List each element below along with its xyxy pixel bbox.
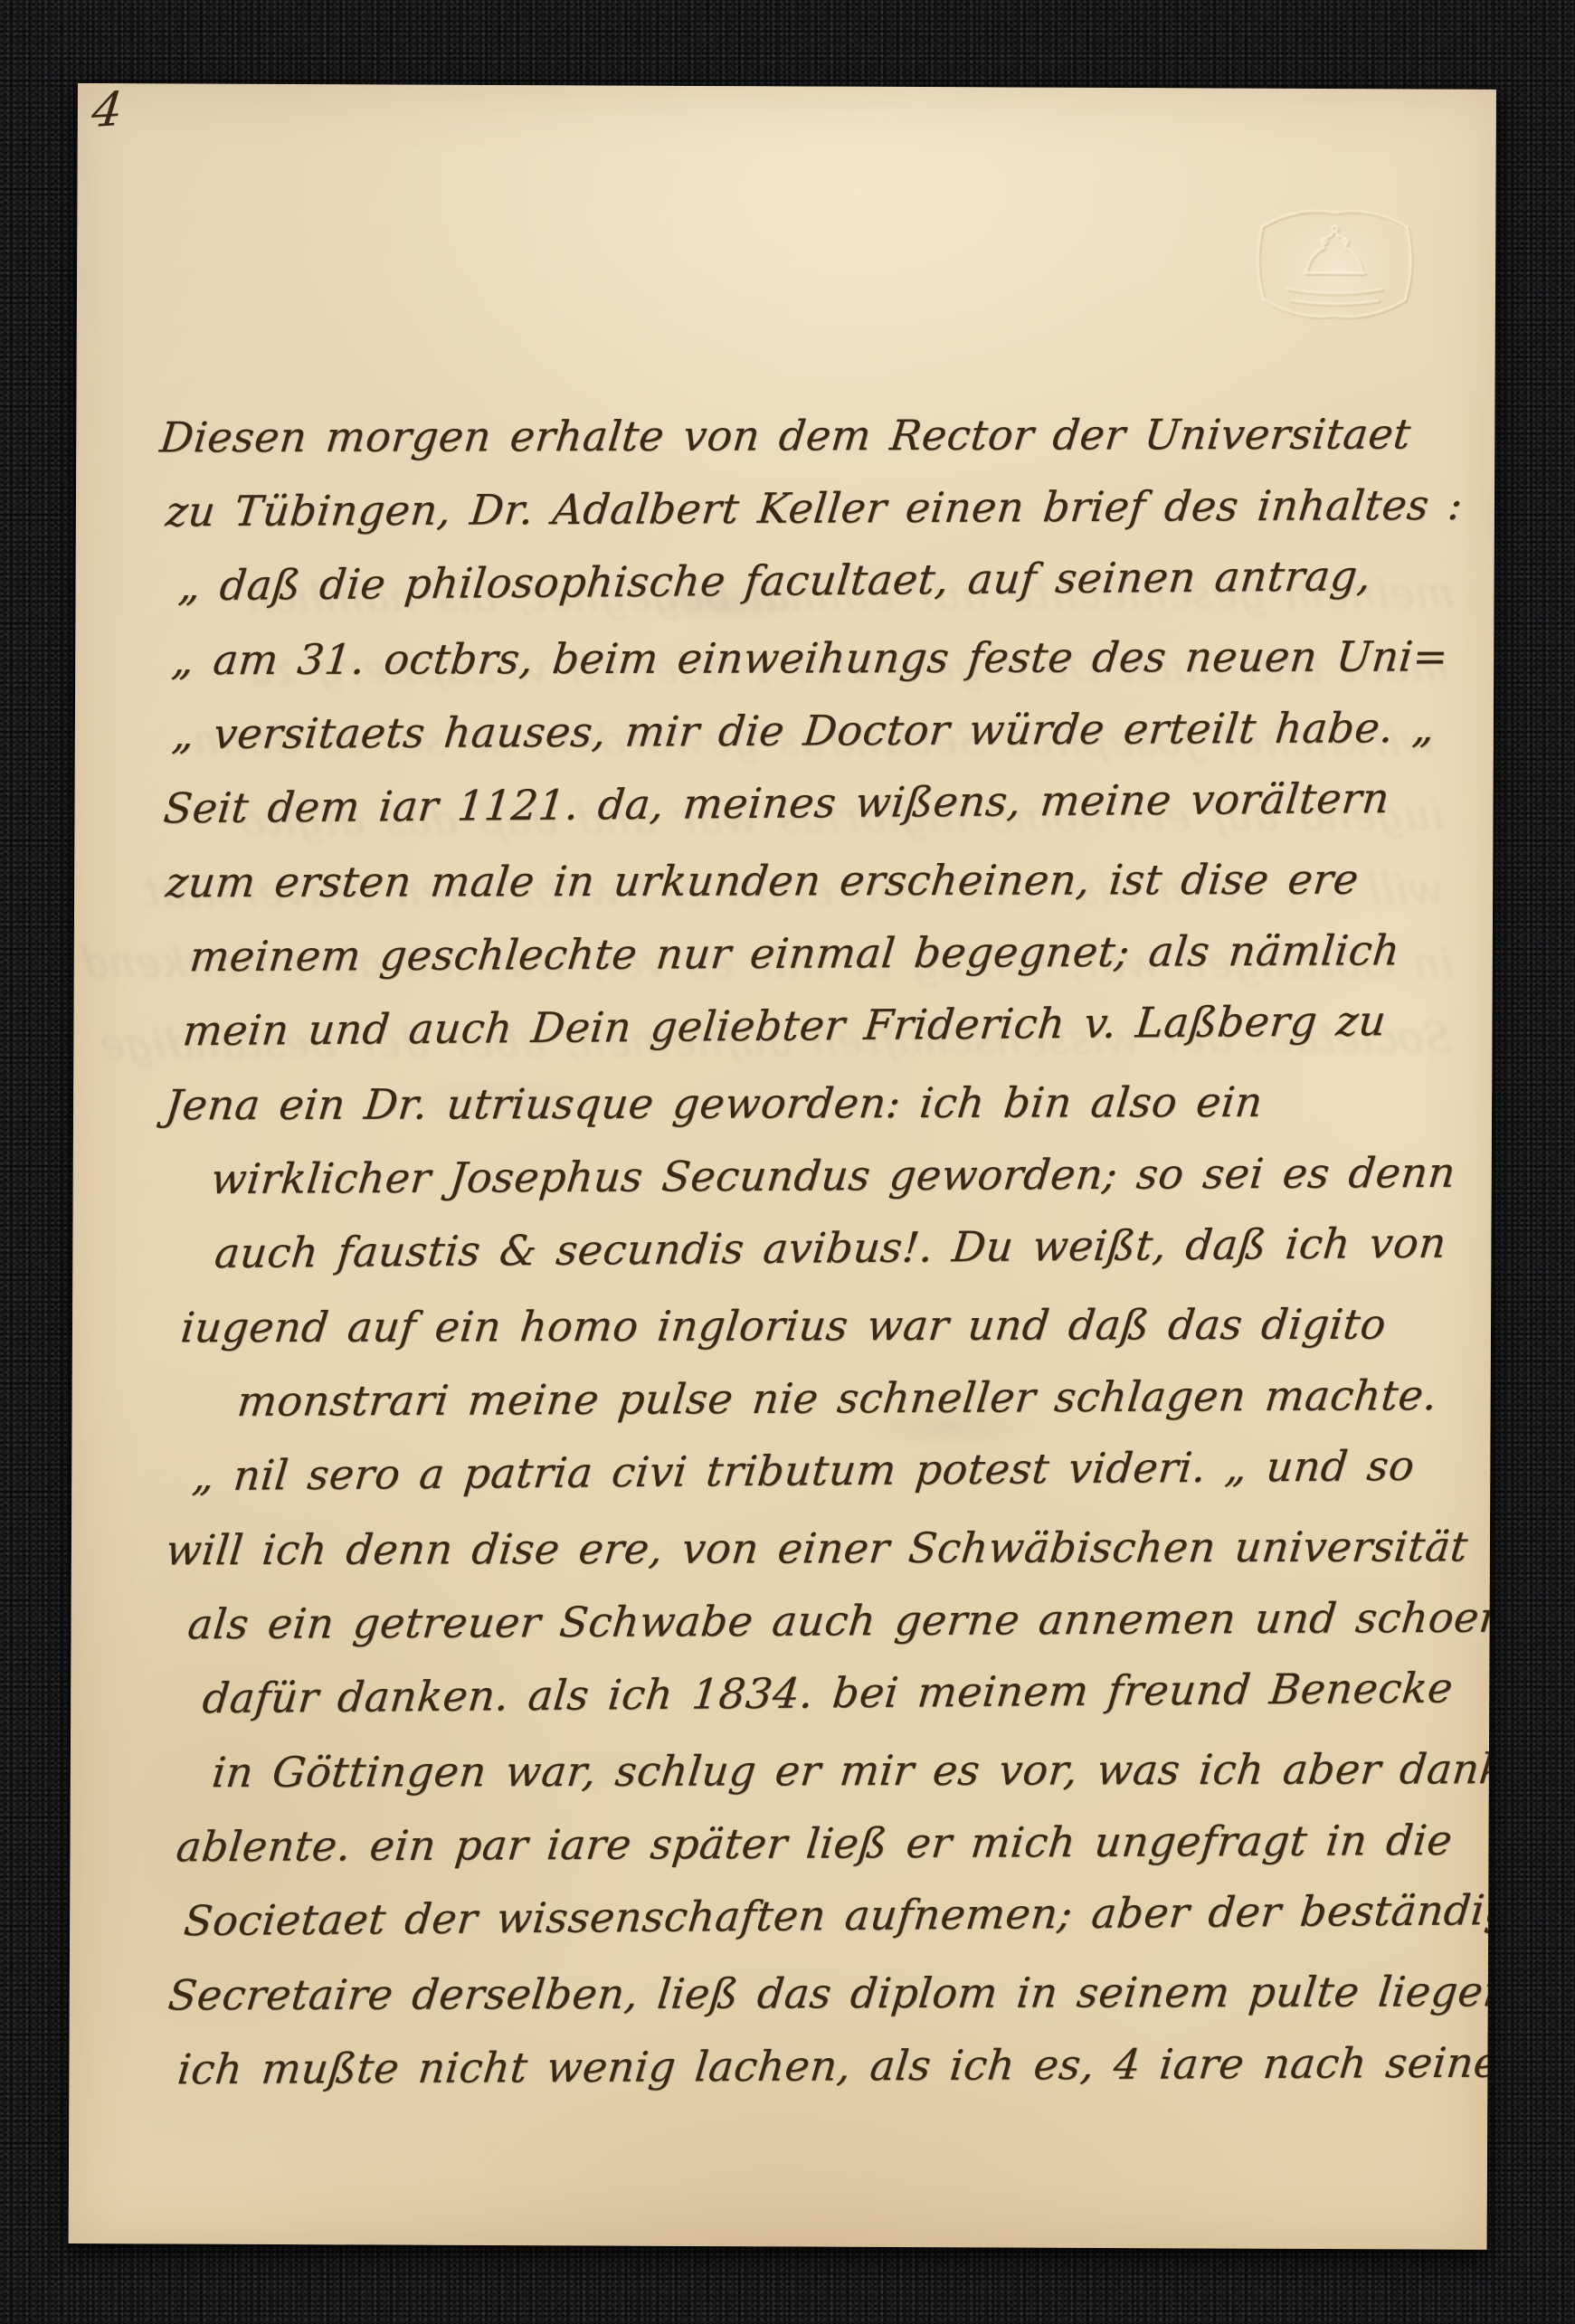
handwritten-line: Jena ein Dr. utriusque geworden: ich bin… bbox=[162, 1064, 1496, 1142]
handwritten-line: auch faustis & secundis avibus!. Du weiß… bbox=[212, 1205, 1496, 1290]
embossed-crown-seal-icon bbox=[1253, 186, 1417, 339]
page-number: 4 bbox=[89, 83, 125, 138]
handwritten-line: als ein getreuer Schwabe auch gerne anne… bbox=[185, 1580, 1496, 1662]
handwritten-line: „ nil sero a patria civi tributum potest… bbox=[189, 1428, 1496, 1513]
handwritten-line: dafür danken. als ich 1834. bei meinem f… bbox=[199, 1650, 1496, 1735]
handwritten-line: meinem geschlechte nur einmal begegnet; … bbox=[186, 913, 1496, 994]
manuscript-paper: 4 meinem bbox=[69, 83, 1496, 2250]
letter-text: Diesen morgen erhalte von dem Rector der… bbox=[156, 394, 1494, 2107]
handwritten-line: zu Tübingen, Dr. Adalbert Keller einen b… bbox=[162, 468, 1494, 549]
handwritten-line: Societaet der wissenschaften aufnemen; a… bbox=[180, 1873, 1495, 1958]
handwritten-line: iugend auf ein homo inglorius war und da… bbox=[177, 1286, 1496, 1364]
handwritten-line: will ich denn dise ere, von einer Schwäb… bbox=[162, 1509, 1496, 1587]
handwritten-line: Diesen morgen erhalte von dem Rector der… bbox=[157, 396, 1494, 474]
handwritten-line: wirklicher Josephus Secundus geworden; s… bbox=[207, 1135, 1496, 1216]
handwritten-line: monstrari meine pulse nie schneller schl… bbox=[233, 1358, 1496, 1438]
handwritten-line: ablente. ein par iare später ließ er mic… bbox=[173, 1803, 1496, 1884]
handwritten-line: „ am 31. octbrs, beim einweihungs feste … bbox=[168, 619, 1494, 697]
handwritten-line: „ daß die philosophische facultaet, auf … bbox=[176, 537, 1494, 622]
handwritten-line: ich mußte nicht wenig lachen, als ich es… bbox=[174, 2025, 1496, 2107]
handwritten-line: „ versitaets hauses, mir die Doctor würd… bbox=[169, 690, 1495, 772]
handwritten-line: Seit dem iar 1121. da, meines wißens, me… bbox=[160, 760, 1495, 845]
handwritten-line: Secretaire derselben, ließ das diplom in… bbox=[165, 1954, 1496, 2032]
handwritten-line: zum ersten male in urkunden erscheinen, … bbox=[162, 841, 1495, 919]
handwritten-line: mein und auch Dein geliebter Friderich v… bbox=[179, 982, 1496, 1067]
handwritten-line: in Göttingen war, schlug er mir es vor, … bbox=[209, 1731, 1496, 1809]
